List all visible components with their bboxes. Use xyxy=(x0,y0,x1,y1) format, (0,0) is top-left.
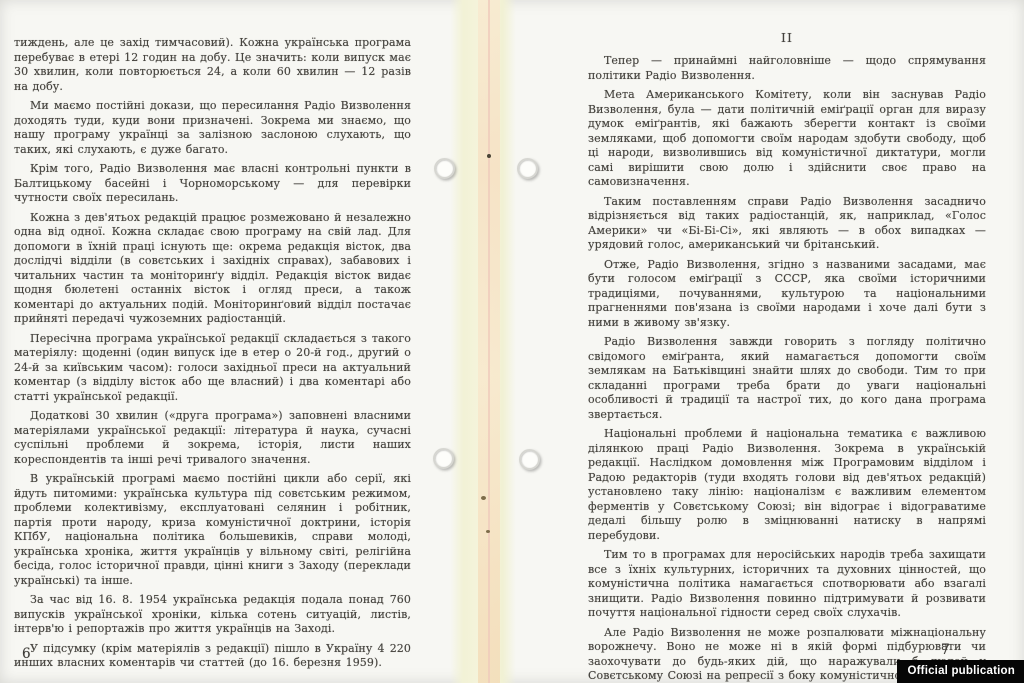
punch-hole xyxy=(434,158,455,179)
paragraph: тиждень, але це захід тимчасовий). Кожна… xyxy=(14,36,411,94)
punch-hole xyxy=(433,448,454,469)
paragraph: Пересічна програма української редакції … xyxy=(14,332,411,405)
paper-speck xyxy=(486,530,490,533)
section-heading: II xyxy=(588,30,986,45)
paragraph: В українській програмі маємо постійні ци… xyxy=(14,472,411,588)
paragraph: У підсумку (крім матеріялів з редакції) … xyxy=(14,642,411,671)
paragraph: Отже, Радіо Визволення, згідно з названи… xyxy=(588,258,986,331)
paper-speck xyxy=(481,496,486,500)
page-number-right: 7 xyxy=(941,642,950,658)
right-page-paragraphs: Тепер — принаймні найголовніше — щодо сп… xyxy=(588,54,986,683)
scanned-document: тиждень, але це захід тимчасовий). Кожна… xyxy=(0,0,1024,683)
paragraph: Кожна з дев'ятьох редакцій працює розмеж… xyxy=(14,211,411,327)
paragraph: Тим то в програмах для неросійських наро… xyxy=(588,548,986,621)
page-number-left: 6 xyxy=(22,646,31,662)
paragraph: Ми маємо постійні докази, що пересилання… xyxy=(14,99,411,157)
punch-hole xyxy=(517,158,538,179)
paragraph: Національні проблеми й національна темат… xyxy=(588,427,986,543)
paragraph: Додаткові 30 хвилин («друга програма») з… xyxy=(14,409,411,467)
paragraph: Таким поставленням справи Радіо Визволен… xyxy=(588,195,986,253)
punch-hole xyxy=(519,449,540,470)
paper-speck xyxy=(487,154,491,158)
official-publication-watermark: Official publication xyxy=(897,660,1024,683)
paragraph: Тепер — принаймні найголовніше — щодо сп… xyxy=(588,54,986,83)
paragraph: Мета Американського Комітету, коли він з… xyxy=(588,88,986,190)
paragraph: За час від 16. 8. 1954 українська редакц… xyxy=(14,593,411,637)
binding-fold-line xyxy=(488,0,490,683)
paragraph: Крім того, Радіо Визволення має власні к… xyxy=(14,162,411,206)
left-page-text: тиждень, але це захід тимчасовий). Кожна… xyxy=(14,36,411,676)
paragraph: Радіо Визволення завжди говорить з погля… xyxy=(588,335,986,422)
right-page-text: II Тепер — принаймні найголовніше — щодо… xyxy=(588,30,986,683)
